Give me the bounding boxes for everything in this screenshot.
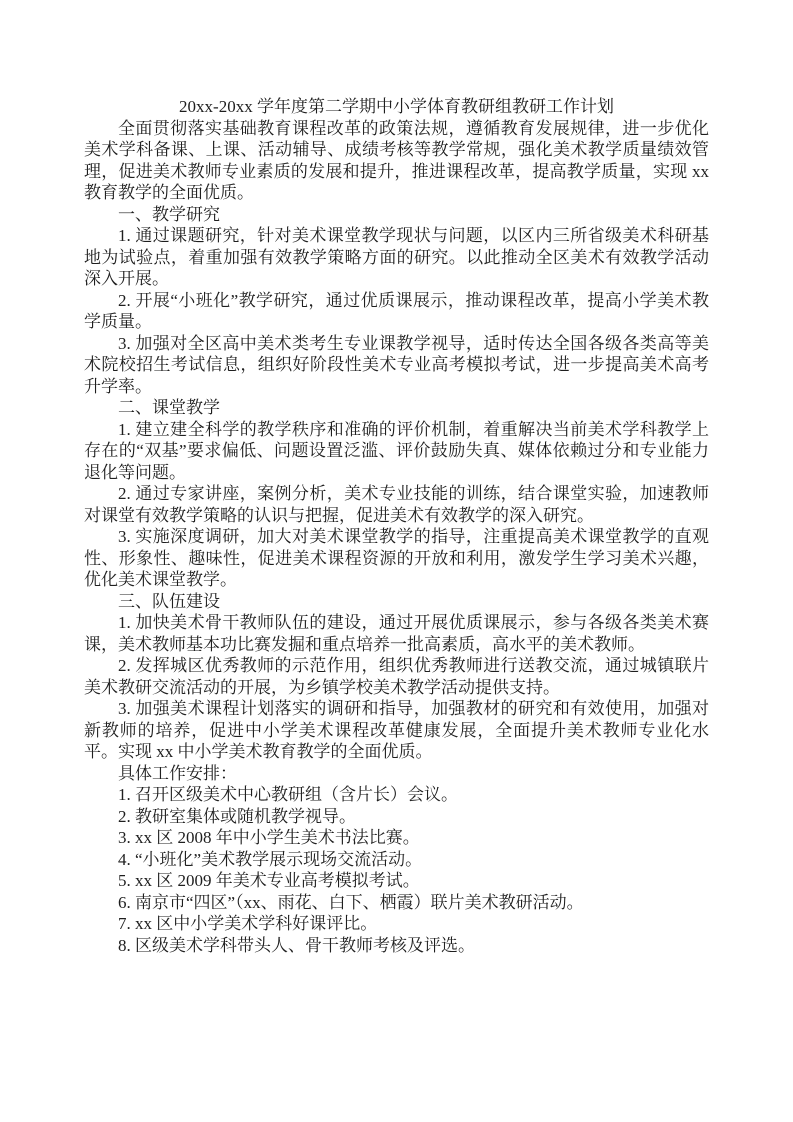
intro-paragraph: 全面贯彻落实基础教育课程改革的政策法规，遵循教育发展规律，进一步优化美术学科备课… xyxy=(84,118,709,204)
document-title: 20xx-20xx 学年度第二学期中小学体育教研组教研工作计划 xyxy=(84,96,709,118)
work-plan-item-6: 6. 南京市“四区”（xx、雨花、白下、栖霞）联片美术教研活动。 xyxy=(84,892,709,914)
section-3-item-3: 3. 加强美术课程计划落实的调研和指导，加强教材的研究和有效使用，加强对新教师的… xyxy=(84,698,709,763)
work-plan-item-8: 8. 区级美术学科带头人、骨干教师考核及评选。 xyxy=(84,935,709,957)
work-plan-item-4: 4. “小班化”美术教学展示现场交流活动。 xyxy=(84,849,709,871)
section-1-item-1: 1. 通过课题研究，针对美术课堂教学现状与问题，以区内三所省级美术科研基地为试验… xyxy=(84,225,709,290)
work-plan-item-7: 7. xx 区中小学美术学科好课评比。 xyxy=(84,913,709,935)
section-2-item-1: 1. 建立建全科学的教学秩序和准确的评价机制，着重解决当前美术学科教学上存在的“… xyxy=(84,419,709,484)
section-3-heading: 三、队伍建设 xyxy=(84,591,709,613)
work-plan-item-1: 1. 召开区级美术中心教研组（含片长）会议。 xyxy=(84,784,709,806)
section-2-heading: 二、课堂教学 xyxy=(84,397,709,419)
work-plan-item-3: 3. xx 区 2008 年中小学生美术书法比赛。 xyxy=(84,827,709,849)
document-content: 20xx-20xx 学年度第二学期中小学体育教研组教研工作计划 全面贯彻落实基础… xyxy=(84,96,709,956)
section-2-item-2: 2. 通过专家讲座，案例分析，美术专业技能的训练，结合课堂实验，加速教师对课堂有… xyxy=(84,483,709,526)
work-plan-heading: 具体工作安排： xyxy=(84,763,709,785)
section-2-item-3: 3. 实施深度调研，加大对美术课堂教学的指导，注重提高美术课堂教学的直观性、形象… xyxy=(84,526,709,591)
section-1-item-2: 2. 开展“小班化”教学研究，通过优质课展示，推动课程改革，提高小学美术教学质量… xyxy=(84,290,709,333)
section-1-item-3: 3. 加强对全区高中美术类考生专业课教学视导，适时传达全国各级各类高等美术院校招… xyxy=(84,333,709,398)
section-3-item-1: 1. 加快美术骨干教师队伍的建设，通过开展优质课展示，参与各级各类美术赛课，美术… xyxy=(84,612,709,655)
section-1-heading: 一、教学研究 xyxy=(84,204,709,226)
work-plan-item-5: 5. xx 区 2009 年美术专业高考模拟考试。 xyxy=(84,870,709,892)
document-page: 20xx-20xx 学年度第二学期中小学体育教研组教研工作计划 全面贯彻落实基础… xyxy=(0,0,793,1122)
work-plan-item-2: 2. 教研室集体或随机教学视导。 xyxy=(84,806,709,828)
section-3-item-2: 2. 发挥城区优秀教师的示范作用，组织优秀教师进行送教交流，通过城镇联片美术教研… xyxy=(84,655,709,698)
